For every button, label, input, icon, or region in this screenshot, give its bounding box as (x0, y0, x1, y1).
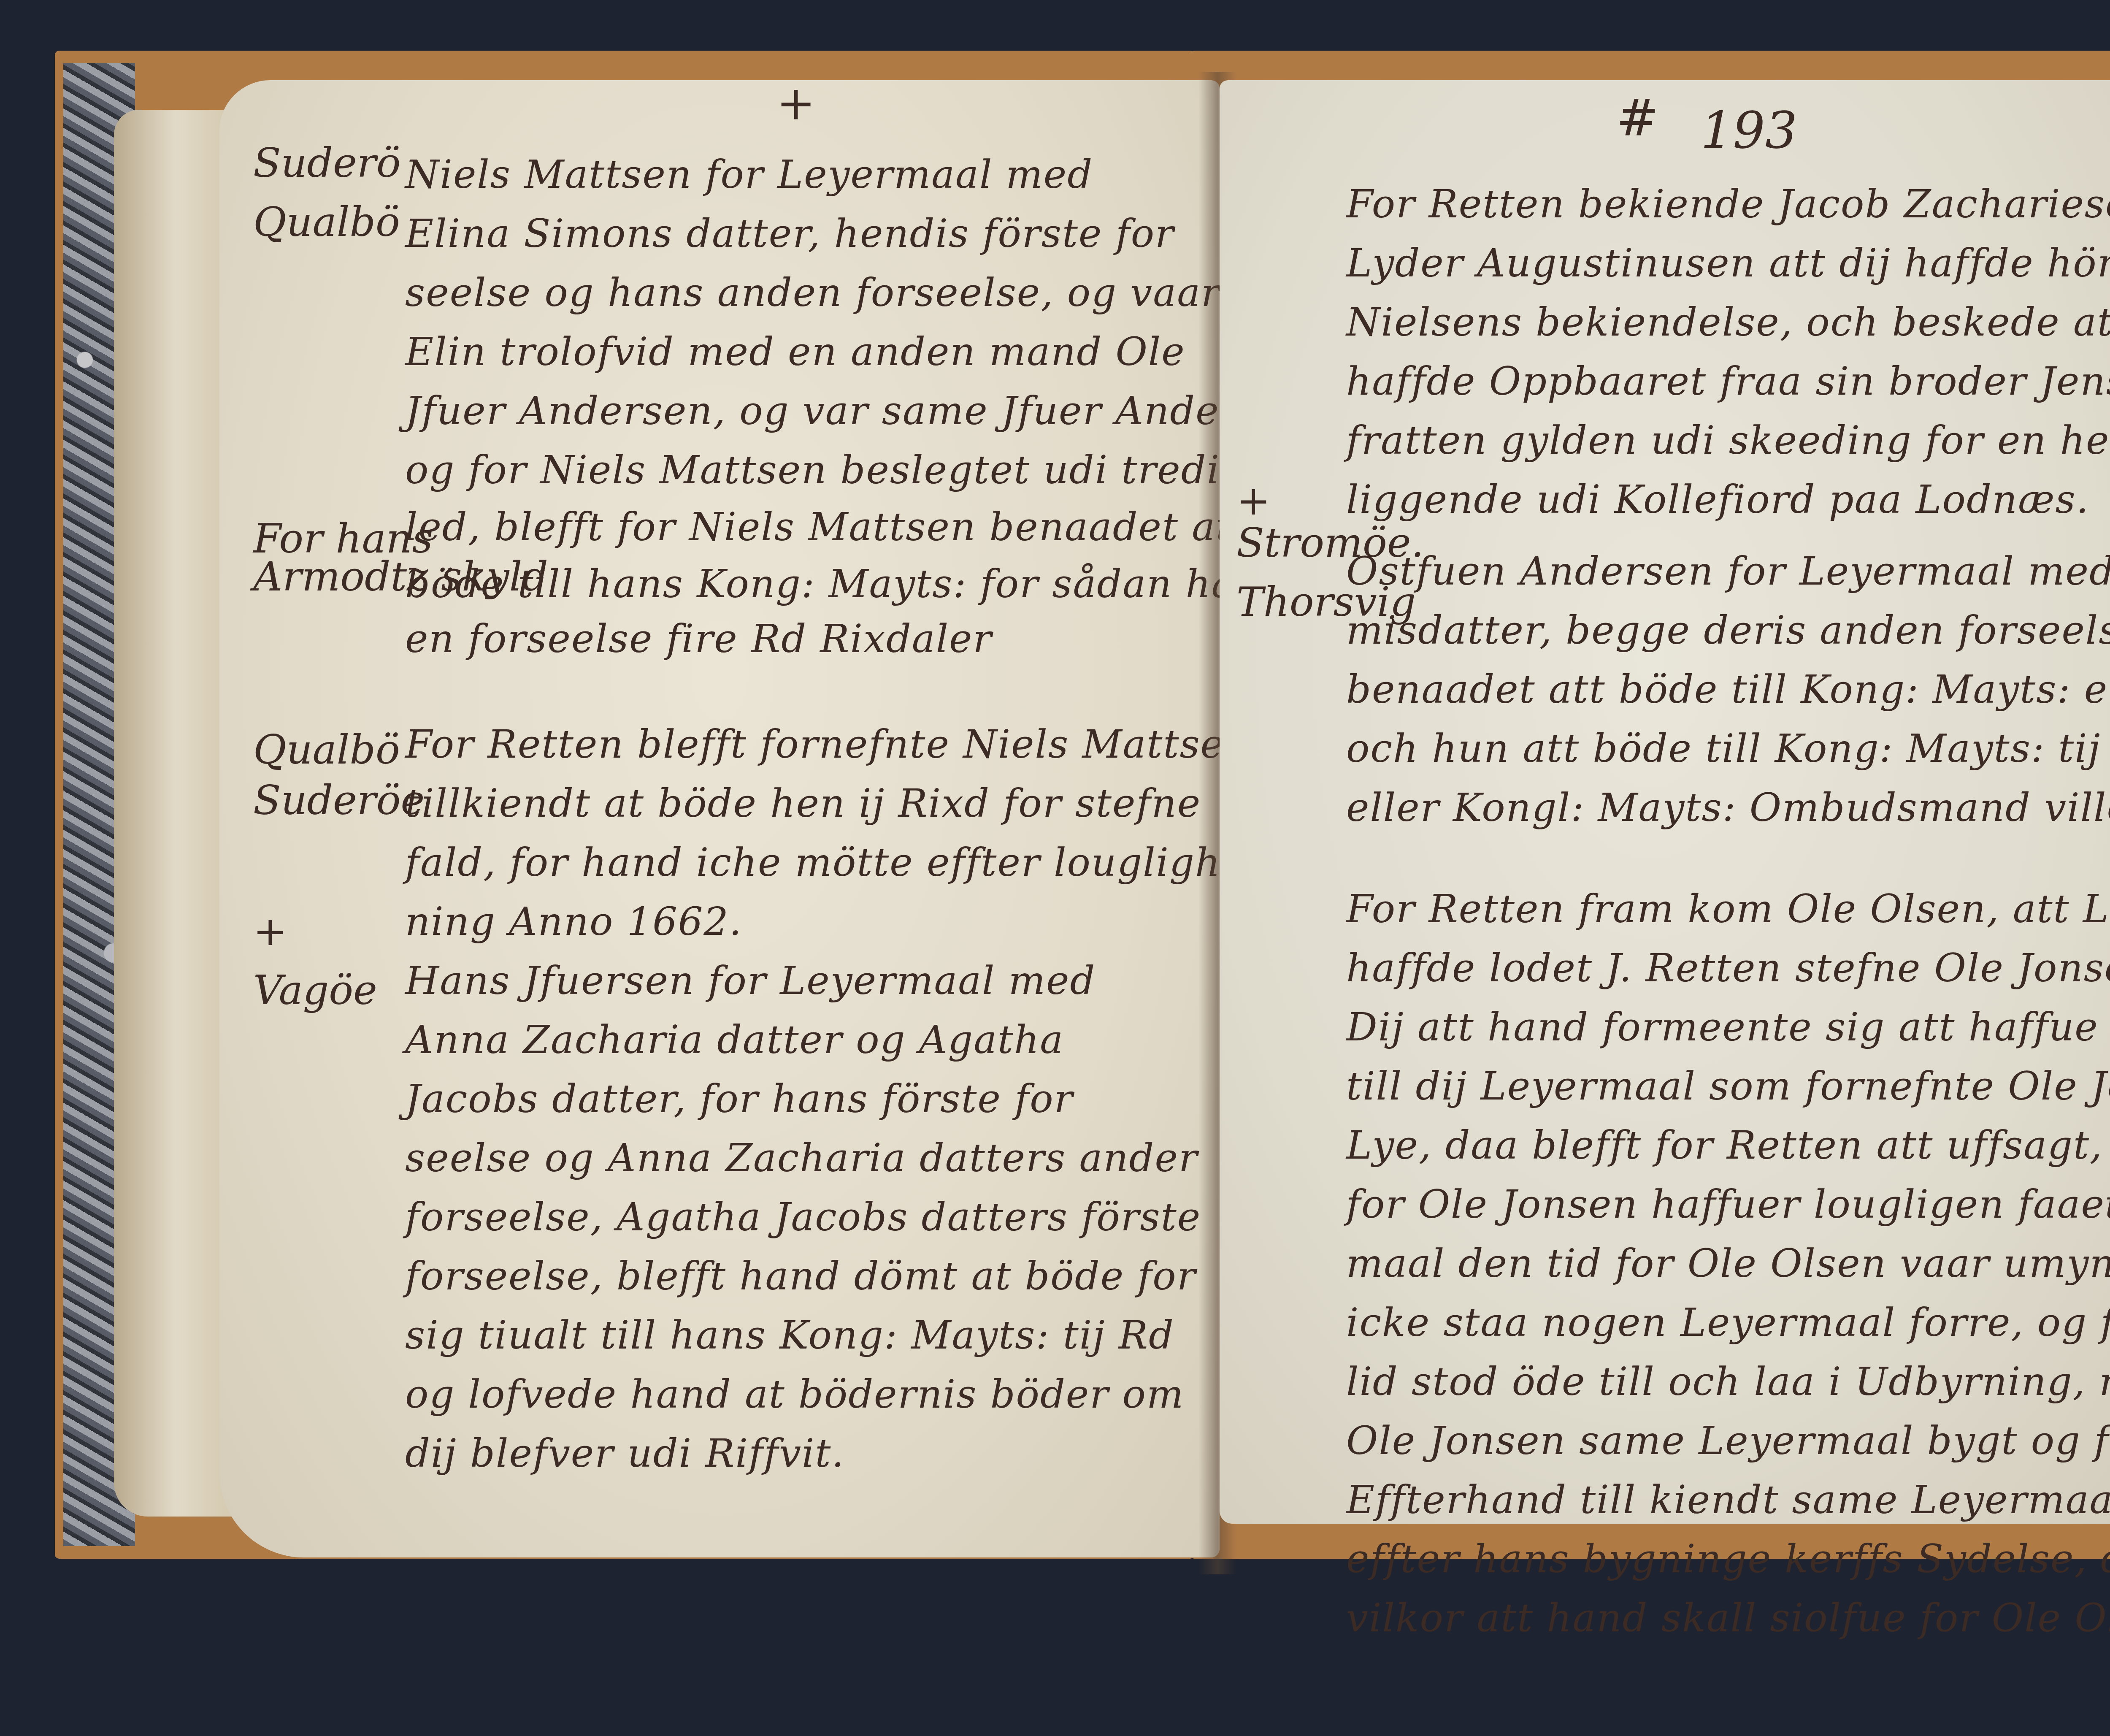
manuscript-line: misdatter, begge deris anden forseelse, … (1346, 608, 2110, 653)
manuscript-line: effter hans bygninge kerffs Sydelse, dog… (1346, 1536, 2110, 1582)
manuscript-line: haffde lodet J. Retten stefne Ole Jonsen… (1346, 945, 2110, 991)
manuscript-line: benaadet att böde till Kong: Mayts: en R… (1346, 667, 2110, 712)
manuscript-line: For Retten bekiende Jacob Zachariesen og (1346, 181, 2110, 227)
right-page: # 193 +Stromöe.Thorsvig For Retten bekie… (1220, 80, 2110, 1524)
manuscript-line: seelse og hans anden forseelse, og vaar … (405, 270, 1293, 315)
margin-note: + (1236, 477, 1270, 524)
manuscript-line: Ostfuen Andersen for Leyermaal med Anna … (1346, 549, 2110, 594)
manuscript-line: for Ole Jonsen haffuer lougligen faaet o… (1346, 1182, 2110, 1227)
manuscript-line: eller Kongl: Mayts: Ombudsmand ville hen… (1346, 785, 2110, 830)
manuscript-line: For Retten fram kom Ole Olsen, att Leyer… (1346, 886, 2110, 932)
manuscript-line: liggende udi Kollefiord paa Lodnæs. (1346, 477, 2089, 522)
manuscript-line: Elin trolofvid med en anden mand Ole (405, 329, 1185, 374)
manuscript-line: sig tiualt till hans Kong: Mayts: tij Rd (405, 1313, 1174, 1358)
manuscript-line: seelse og Anna Zacharia datters ander (405, 1135, 1198, 1181)
manuscript-line: böde till hans Kong: Mayts: for sådan ha… (405, 561, 1282, 607)
manuscript-line: till dij Leyermaal som fornefnte Ole Jon… (1346, 1064, 2110, 1109)
manuscript-line: icke staa nogen Leyermaal forre, og forn… (1346, 1300, 2110, 1345)
margin-note: Vagöe (253, 967, 377, 1014)
manuscript-line: Hans Jfuersen for Leyermaal med (405, 958, 1096, 1003)
manuscript-line: Anna Zacharia datter og Agatha (405, 1017, 1064, 1062)
book-photograph: + SuderöQualböFor hansArmodtz skyldQualb… (0, 0, 2110, 1736)
manuscript-line: For Retten blefft fornefnte Niels Mattse… (405, 722, 1250, 767)
manuscript-line: Jacobs datter, for hans förste for (405, 1076, 1074, 1121)
margin-note: + (253, 907, 287, 955)
manuscript-line: Lye, daa blefft for Retten att uffsagt, … (1346, 1123, 2110, 1168)
manuscript-line: maal den tid for Ole Olsen vaar umyndig … (1346, 1241, 2110, 1286)
margin-note: Suderöe (253, 777, 425, 824)
manuscript-line: Niels Mattsen for Leyermaal med (405, 152, 1093, 197)
manuscript-line: Lyder Augustinusen att dij haffde hört p… (1346, 241, 2110, 286)
manuscript-line: vilkor att hand skall siolfue for Ole Ol… (1346, 1595, 2110, 1641)
manuscript-line: tillkiendt at böde hen ij Rixd for stefn… (405, 781, 1201, 826)
margin-note: Qualbö (253, 198, 400, 246)
manuscript-line: haffde Oppbaaret fraa sin broder Jens me… (1346, 359, 2110, 404)
manuscript-line: och hun att böde till Kong: Mayts: tij R… (1346, 726, 2110, 771)
manuscript-line: Ole Jonsen same Leyermaal bygt og forbed… (1346, 1418, 2110, 1463)
manuscript-line: Elina Simons datter, hendis förste for (405, 211, 1174, 256)
manuscript-line: en forseelse fire Rd Rixdaler (405, 616, 993, 661)
folio-number: 193 (1701, 101, 1797, 160)
manuscript-line: Effterhand till kiendt same Leyermaal at… (1346, 1477, 2110, 1522)
left-page-top-mark: + (776, 76, 815, 130)
manuscript-line: led, blefft for Niels Mattsen benaadet a… (405, 504, 1232, 550)
manuscript-line: forseelse, blefft hand dömt at böde for (405, 1254, 1196, 1299)
margin-note: Qualbö (253, 726, 400, 773)
manuscript-line: Dij att hand formeente sig att haffue no… (1346, 1005, 2110, 1050)
manuscript-line: Jfuer Andersen, og var same Jfuer Anders… (405, 388, 1309, 433)
manuscript-line: dij blefver udi Riffvit. (405, 1431, 845, 1476)
manuscript-line: forseelse, Agatha Jacobs datters förste (405, 1194, 1201, 1240)
manuscript-line: fratten gylden udi skeeding for en hest … (1346, 418, 2110, 463)
manuscript-line: Nielsens bekiendelse, och beskede att ha… (1346, 300, 2110, 345)
manuscript-line: fald, for hand ichе mötte effter louglig… (405, 840, 1326, 885)
left-page: + SuderöQualböFor hansArmodtz skyldQualb… (219, 80, 1220, 1557)
manuscript-line: ning Anno 1662. (405, 899, 742, 944)
manuscript-line: lid stod öde till och laa i Udbyrning, m… (1346, 1359, 2110, 1404)
manuscript-line: og for Niels Mattsen beslegtet udi tredi… (405, 447, 1244, 493)
margin-note: Suderö (253, 139, 401, 187)
manuscript-line: og lofvede hand at bödernis böder om (405, 1372, 1184, 1417)
folio-mark: # (1616, 89, 1659, 147)
